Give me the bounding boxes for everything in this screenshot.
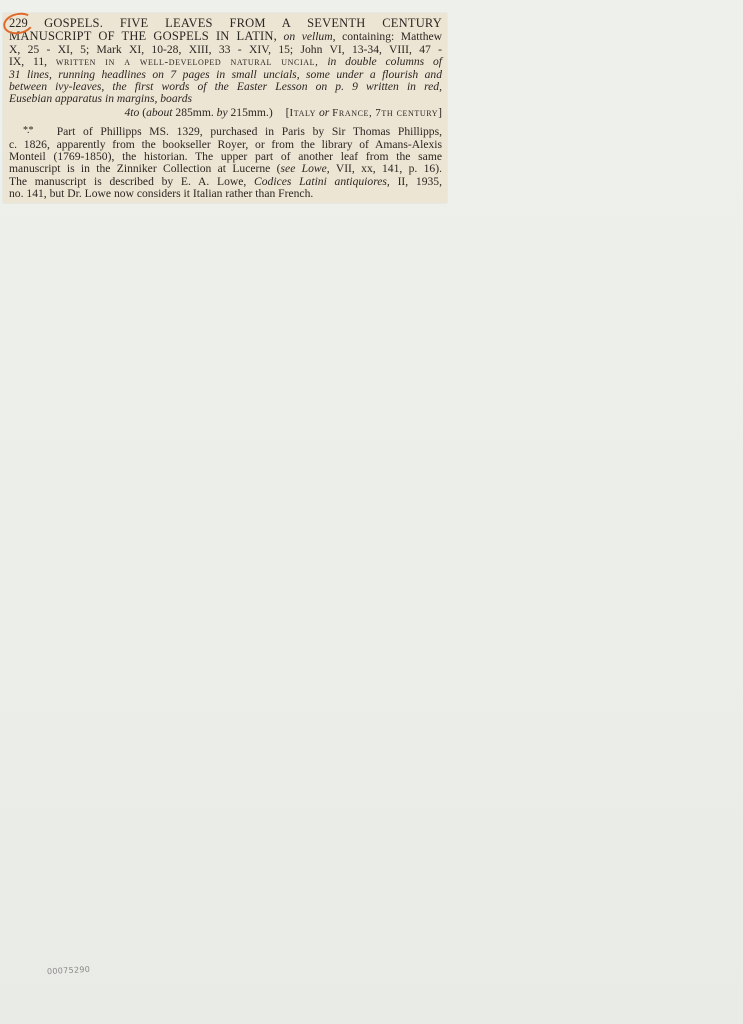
provenance-note: *.* Part of Phillipps MS. 1329, purchase… — [9, 125, 442, 200]
note-line-6: no. 141, but Dr. Lowe now considers it I… — [9, 188, 442, 200]
asterism-icon: *.* — [23, 125, 49, 137]
dimensions-and-origin: 4to (about 285mm. by 215mm.) [Italy or F… — [9, 107, 442, 119]
entry-line-1: 229 GOSPELS. FIVE LEAVES FROM A SEVENTH … — [9, 17, 442, 30]
entry-line-7: Eusebian apparatus in margins, boards — [9, 93, 442, 105]
entry-line-4: IX, 11, written in a well-developed natu… — [9, 56, 442, 68]
dimensions: 4to (about 285mm. by 215mm.) — [124, 106, 272, 119]
origin-date: [Italy or France, 7th century] — [286, 106, 442, 119]
lot-number: 229 — [9, 17, 28, 29]
catalogue-entry: 229 GOSPELS. FIVE LEAVES FROM A SEVENTH … — [9, 17, 442, 119]
entry-line-2: MANUSCRIPT OF THE GOSPELS IN LATIN, on v… — [9, 30, 442, 43]
note-line-1: *.* Part of Phillipps MS. 1329, purchase… — [9, 125, 442, 138]
catalogue-clipping: 229 GOSPELS. FIVE LEAVES FROM A SEVENTH … — [3, 13, 447, 203]
lot-title: GOSPELS. FIVE LEAVES FROM A SEVENTH CENT… — [44, 16, 442, 30]
